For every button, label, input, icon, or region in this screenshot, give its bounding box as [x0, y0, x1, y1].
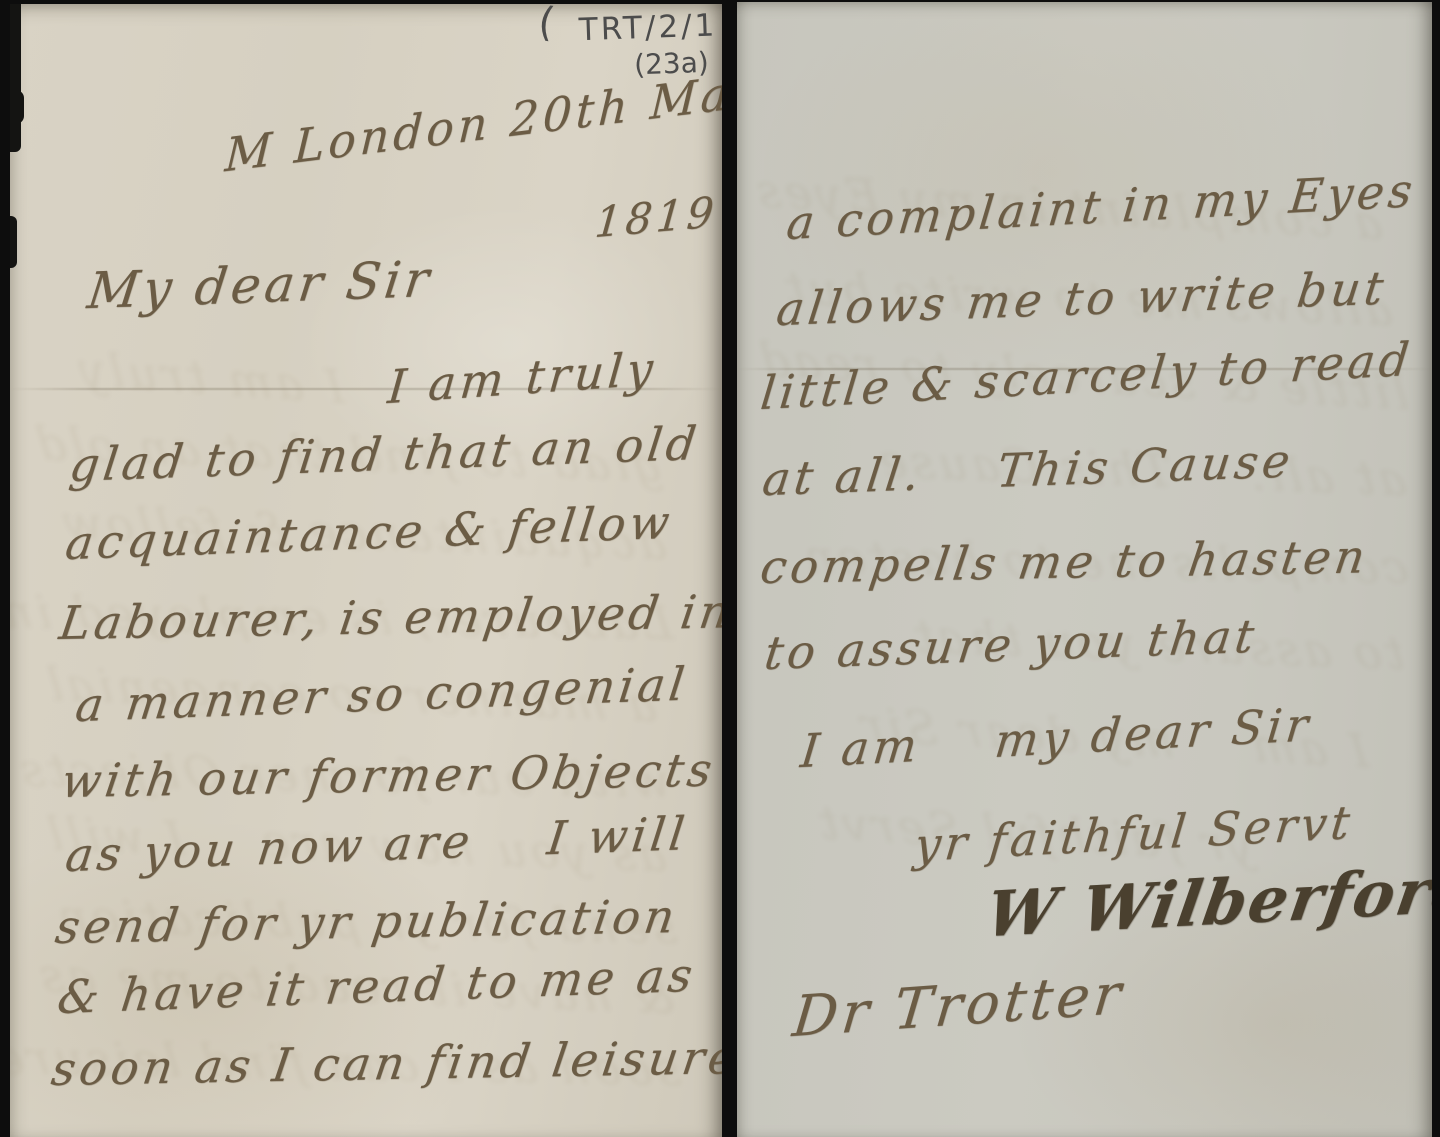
- photo-edge-artifact: [10, 216, 17, 268]
- body-text-left: I am trulyglad to find that an oldacquai…: [10, 4, 722, 1137]
- handwritten-line: with our former Objects: [59, 747, 719, 805]
- handwritten-line: Labourer, is employed in: [57, 588, 722, 646]
- handwritten-line: allows me to write but: [774, 265, 1390, 333]
- handwritten-line: a manner so congenial: [73, 661, 691, 729]
- handwritten-line: I am my dear Sir: [799, 701, 1315, 774]
- handwritten-line: to assure you that: [762, 613, 1260, 676]
- handwritten-line: compells me to hasten: [758, 533, 1372, 590]
- handwritten-line: as you now are I will: [63, 810, 691, 878]
- handwritten-line: acquaintance & fellow: [63, 499, 676, 566]
- letter-page-right: a complaint in my Eyesallows me to write…: [737, 2, 1432, 1137]
- handwritten-line: yr faithful Servt: [913, 799, 1356, 868]
- handwritten-line: & have it read to me as: [55, 952, 699, 1021]
- handwritten-line: I am truly: [386, 345, 659, 410]
- handwritten-line: little & scarcely to read: [759, 336, 1415, 416]
- letter-page-left: I am trulyglad to find that an oldacquai…: [10, 4, 722, 1137]
- handwritten-line: at all. This Cause: [760, 437, 1296, 502]
- photo-edge-artifact: [10, 90, 24, 124]
- handwritten-line: send for yr publication: [53, 893, 681, 950]
- photo-edge-artifact: [10, 4, 21, 152]
- handwritten-line: glad to find that an old: [67, 420, 702, 488]
- letter-photograph: I am trulyglad to find that an oldacquai…: [0, 0, 1440, 1137]
- handwritten-line: a complaint in my Eyes: [785, 167, 1419, 246]
- handwritten-line: soon as I can find leisure: [49, 1034, 722, 1092]
